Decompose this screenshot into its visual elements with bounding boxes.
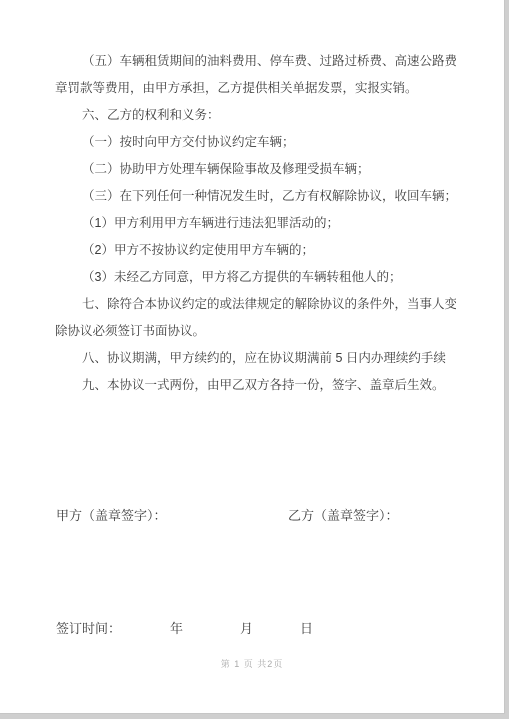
contract-line: （五）车辆租赁期间的油料费用、停车费、过路过桥费、高速公路费、违 bbox=[55, 48, 456, 75]
contract-line: （1）甲方利用甲方车辆进行违法犯罪活动的； bbox=[55, 210, 456, 237]
contract-line: （2）甲方不按协议约定使用甲方车辆的； bbox=[55, 237, 456, 264]
contract-line: 六、乙方的权利和义务： bbox=[55, 102, 456, 129]
signing-date-label: 签订时间： bbox=[56, 618, 121, 637]
contract-line: （一）按时向甲方交付协议约定车辆； bbox=[55, 129, 456, 156]
signature-row: 甲方（盖章签字）： 乙方（盖章签字）： bbox=[0, 505, 504, 525]
contract-line: （二）协助甲方处理车辆保险事故及修理受损车辆； bbox=[55, 156, 456, 183]
month-label: 月 bbox=[240, 618, 253, 637]
day-label: 日 bbox=[300, 618, 313, 637]
page-number: 第 1 页 共2页 bbox=[0, 657, 504, 670]
contract-body: （五）车辆租赁期间的油料费用、停车费、过路过桥费、高速公路费、违 章罚款等费用，… bbox=[55, 48, 456, 399]
contract-line: （3）未经乙方同意，甲方将乙方提供的车辆转租他人的； bbox=[55, 264, 456, 291]
party-a-signature-label: 甲方（盖章签字）： bbox=[56, 505, 167, 524]
contract-line: （三）在下列任何一种情况发生时，乙方有权解除协议，收回车辆； bbox=[55, 183, 456, 210]
document-page: （五）车辆租赁期间的油料费用、停车费、过路过桥费、高速公路费、违 章罚款等费用，… bbox=[0, 0, 505, 714]
contract-line: 七、除符合本协议约定的或法律规定的解除协议的条件外，当事人变更解 bbox=[55, 291, 456, 318]
contract-line: 除协议必须签订书面协议。 bbox=[55, 318, 456, 345]
contract-line: 章罚款等费用，由甲方承担，乙方提供相关单据发票，实报实销。 bbox=[55, 75, 456, 102]
party-b-signature-label: 乙方（盖章签字）： bbox=[288, 505, 399, 524]
year-label: 年 bbox=[170, 618, 183, 637]
contract-line: 八、协议期满，甲方续约的，应在协议期满前 5 日内办理续约手续 bbox=[55, 345, 456, 372]
signing-date-row: 签订时间： 年 月 日 bbox=[0, 618, 504, 638]
contract-line: 九、本协议一式两份，由甲乙双方各持一份，签字、盖章后生效。 bbox=[55, 372, 456, 399]
